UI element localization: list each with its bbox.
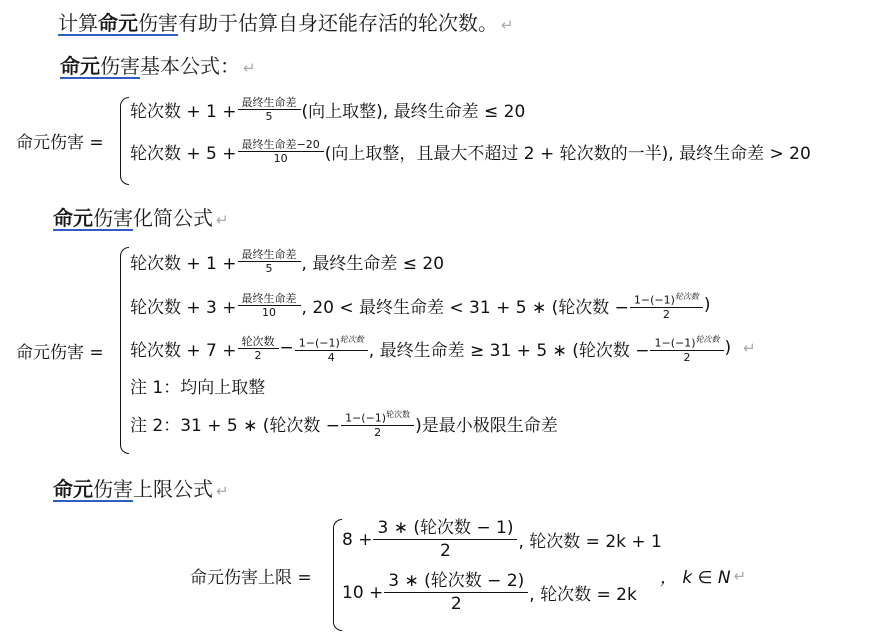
simplified-case-1: 轮次数 + 1 + 最终生命差5 , 最终生命差 ≤ 20: [130, 248, 444, 275]
fraction-denominator: 2: [341, 425, 414, 439]
intro-prefix: 计算: [58, 11, 98, 35]
simplified-note-2: 注 2：31 + 5 ∗ (轮次数 − 1−(−1)轮次数2 )是最小极限生命差: [130, 408, 558, 439]
minus-sign: −: [280, 338, 294, 358]
simplified-case2-post: ): [704, 295, 711, 315]
upper-case2-post: , 轮次数 = 2k: [529, 580, 637, 605]
simplified-case1-pre: 轮次数 + 1 +: [130, 249, 237, 274]
fraction: 1−(−1)轮次数2: [632, 290, 701, 321]
basic-case-2: 轮次数 + 5 + 最终生命差−2010 (向上取整，且最大不超过 2 + 轮次…: [130, 138, 811, 165]
simplified-case1-post: , 最终生命差 ≤ 20: [302, 249, 445, 274]
fraction-numerator: 最终生命差−20: [240, 138, 322, 151]
numerator-base: 1−(−1): [345, 412, 386, 425]
intro-term-link[interactable]: 计算命元伤害: [58, 11, 178, 35]
domain-condition: ， k ∈ N: [660, 563, 731, 588]
simplified-case-3: 轮次数 + 7 + 轮次数2 − 1−(−1)轮次数4 , 最终生命差 ≥ 31…: [130, 333, 756, 364]
fraction-denominator: 5: [238, 261, 301, 275]
simplified-heading-rest: 化简公式: [133, 206, 213, 230]
simplified-formula-heading: 命元伤害化简公式↵: [53, 202, 229, 231]
upper-case-2: 10 + 3 ∗ (轮次数 − 2)2 , 轮次数 = 2k: [342, 570, 637, 615]
fraction-numerator: 最终生命差: [240, 292, 299, 305]
fraction-denominator: 5: [238, 109, 301, 123]
upper-case-1: 8 + 3 ∗ (轮次数 − 1)2 , 轮次数 = 2k + 1: [342, 517, 662, 562]
upper-heading-term-rest: 伤害: [93, 477, 133, 501]
fraction-numerator: 3 ∗ (轮次数 − 1): [375, 517, 515, 539]
left-brace-icon: [333, 519, 342, 631]
upper-heading-bold: 命元: [53, 477, 93, 501]
fraction-numerator: 最终生命差: [240, 248, 299, 261]
basic-heading-bold: 命元: [60, 54, 100, 78]
simplified-lhs: 命元伤害 =: [16, 338, 104, 363]
note2-pre: 注 2：31 + 5 ∗ (轮次数 −: [130, 411, 340, 436]
fraction-numerator: 最终生命差: [240, 96, 299, 109]
simplified-case3-mid: , 最终生命差 ≥ 31 + 5 ∗ (轮次数 −: [369, 336, 650, 361]
simplified-case3-post: ): [725, 338, 732, 358]
fraction: 最终生命差5: [240, 96, 299, 123]
paragraph-mark-icon: ↵: [216, 211, 229, 229]
basic-case1-pre: 轮次数 + 1 +: [130, 97, 237, 122]
paragraph-mark-icon: ↵: [501, 16, 514, 34]
numerator-base: 1−(−1): [634, 294, 675, 307]
fraction-denominator: 10: [238, 151, 324, 165]
fraction-numerator: 1−(−1)轮次数: [343, 408, 412, 425]
simplified-note-1: 注 1：均向上取整: [130, 373, 265, 398]
fraction: 轮次数2: [240, 335, 277, 362]
paragraph-mark-icon: ↵: [243, 59, 256, 77]
fraction: 最终生命差−2010: [240, 138, 322, 165]
left-brace-icon: [120, 247, 129, 454]
basic-case2-pre: 轮次数 + 5 +: [130, 139, 237, 164]
basic-lhs: 命元伤害 =: [16, 128, 104, 153]
numerator-base: 1−(−1): [654, 337, 695, 350]
basic-formula-heading: 命元伤害基本公式：↵: [60, 50, 256, 79]
fraction: 1−(−1)轮次数4: [297, 333, 366, 364]
basic-heading-term-rest: 伤害: [100, 54, 140, 78]
fraction-denominator: 2: [373, 539, 517, 562]
intro-paragraph: 计算命元伤害有助于估算自身还能存活的轮次数。↵: [58, 7, 514, 36]
intro-term-rest: 伤害: [138, 11, 178, 35]
fraction-denominator: 2: [630, 307, 703, 321]
numerator-base: 1−(−1): [299, 337, 340, 350]
upper-domain: ， k ∈ N↵: [660, 563, 746, 588]
fraction-numerator: 1−(−1)轮次数: [652, 333, 721, 350]
fraction-numerator: 1−(−1)轮次数: [632, 290, 701, 307]
fraction-numerator: 3 ∗ (轮次数 − 2): [386, 570, 526, 592]
simplified-case2-pre: 轮次数 + 3 +: [130, 293, 237, 318]
upper-case1-post: , 轮次数 = 2k + 1: [518, 527, 661, 552]
simplified-case3-pre: 轮次数 + 7 +: [130, 336, 237, 361]
paragraph-mark-icon: ↵: [216, 482, 229, 500]
fraction-denominator: 2: [384, 592, 528, 615]
fraction: 最终生命差5: [240, 248, 299, 275]
simplified-heading-term[interactable]: 命元伤害: [53, 206, 133, 230]
fraction-numerator: 轮次数: [240, 335, 277, 348]
simplified-heading-bold: 命元: [53, 206, 93, 230]
fraction: 3 ∗ (轮次数 − 1)2: [375, 517, 515, 562]
exponent: 轮次数: [386, 410, 410, 419]
fraction-denominator: 2: [650, 350, 723, 364]
exponent: 轮次数: [340, 335, 364, 344]
paragraph-mark-icon: ↵: [734, 567, 747, 585]
upper-formula-heading: 命元伤害上限公式↵: [53, 473, 229, 502]
upper-lhs: 命元伤害上限 =: [190, 563, 312, 588]
simplified-case-2: 轮次数 + 3 + 最终生命差10 , 20 < 最终生命差 < 31 + 5 …: [130, 290, 711, 321]
upper-heading-rest: 上限公式: [133, 477, 213, 501]
fraction-numerator: 1−(−1)轮次数: [297, 333, 366, 350]
left-brace-icon: [120, 97, 129, 185]
fraction-denominator: 4: [295, 350, 368, 364]
upper-heading-term[interactable]: 命元伤害: [53, 477, 133, 501]
fraction: 1−(−1)轮次数2: [652, 333, 721, 364]
upper-case1-pre: 8 +: [342, 530, 372, 550]
basic-case2-post: (向上取整，且最大不超过 2 + 轮次数的一半), 最终生命差 > 20: [325, 139, 811, 164]
exponent: 轮次数: [696, 335, 720, 344]
note2-post: )是最小极限生命差: [415, 411, 558, 436]
fraction: 3 ∗ (轮次数 − 2)2: [386, 570, 526, 615]
basic-heading-term[interactable]: 命元伤害: [60, 54, 140, 78]
fraction-denominator: 2: [238, 348, 279, 362]
fraction: 1−(−1)轮次数2: [343, 408, 412, 439]
intro-suffix: 有助于估算自身还能存活的轮次数。: [178, 11, 498, 35]
basic-case1-post: (向上取整), 最终生命差 ≤ 20: [302, 97, 526, 122]
paragraph-mark-icon: ↵: [743, 339, 756, 357]
upper-case2-pre: 10 +: [342, 583, 383, 603]
basic-heading-rest: 基本公式：: [140, 54, 240, 78]
simplified-case2-mid: , 20 < 最终生命差 < 31 + 5 ∗ (轮次数 −: [302, 293, 629, 318]
simplified-heading-term-rest: 伤害: [93, 206, 133, 230]
fraction-denominator: 10: [238, 305, 301, 319]
exponent: 轮次数: [675, 292, 699, 301]
basic-case-1: 轮次数 + 1 + 最终生命差5 (向上取整), 最终生命差 ≤ 20: [130, 96, 525, 123]
fraction: 最终生命差10: [240, 292, 299, 319]
intro-term-bold: 命元: [98, 11, 138, 35]
